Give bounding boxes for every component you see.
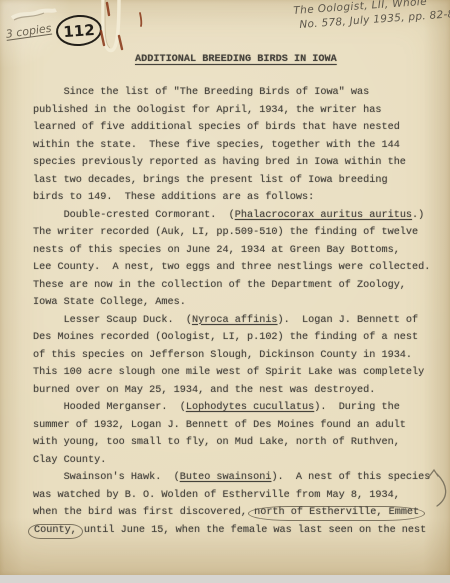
typed-line: birds to 149. These additions are as fol… xyxy=(33,189,443,207)
typed-text: Lee County. A nest, two eggs and three n… xyxy=(33,262,430,273)
pen-circled-text: north of Estherville, Emmet xyxy=(248,506,425,521)
typed-line: last two decades, brings the present lis… xyxy=(33,172,443,190)
typed-line: when the bird was first discovered, nort… xyxy=(33,504,443,522)
typed-text: ). A nest of this species xyxy=(271,472,430,483)
typed-line: Des Moines recorded (Oologist, LI, p.102… xyxy=(33,329,443,347)
typed-line: learned of five additional species of bi… xyxy=(33,119,443,137)
typed-line: Clay County. xyxy=(33,452,443,470)
typed-text: summer of 1932, Logan J. Bennett of Des … xyxy=(33,420,406,431)
typed-line: of this species on Jefferson Slough, Dic… xyxy=(33,347,443,365)
pen-circled-text: County, xyxy=(28,524,83,539)
typed-line: Double-crested Cormorant. (Phalacrocorax… xyxy=(33,207,443,225)
typed-text: nests of this species on June 24, 1934 a… xyxy=(33,245,400,256)
typed-line: was watched by B. O. Wolden of Esthervil… xyxy=(33,487,443,505)
typed-text: Hooded Merganser. ( xyxy=(33,402,186,413)
scientific-name: Phalacrocorax auritus auritus xyxy=(235,210,412,221)
typed-line: The writer recorded (Auk, LI, pp.509-510… xyxy=(33,224,443,242)
typed-text: Double-crested Cormorant. ( xyxy=(33,210,235,221)
typed-text: of this species on Jefferson Slough, Dic… xyxy=(33,350,412,361)
typed-text: Lesser Scaup Duck. ( xyxy=(33,315,192,326)
scratch-mark xyxy=(12,10,56,20)
typed-line: Iowa State College, Ames. xyxy=(33,294,443,312)
typed-line: These are now in the collection of the D… xyxy=(33,277,443,295)
page-bottom-edge xyxy=(0,575,450,583)
typed-line: nests of this species on June 24, 1934 a… xyxy=(33,242,443,260)
typed-body: Since the list of "The Breeding Birds of… xyxy=(33,84,443,539)
document-title: ADDITIONAL BREEDING BIRDS IN IOWA xyxy=(135,54,337,65)
scientific-name: Buteo swainsoni xyxy=(180,472,272,483)
typed-text: Iowa State College, Ames. xyxy=(33,297,186,308)
circled-page-number: 112 xyxy=(55,13,103,47)
typed-text: Clay County. xyxy=(33,455,106,466)
paperclip-crease-mark xyxy=(103,0,119,51)
typed-text: These are now in the collection of the D… xyxy=(33,280,406,291)
typed-line: Hooded Merganser. (Lophodytes cucullatus… xyxy=(33,399,443,417)
typed-text: until June 15, when the female was last … xyxy=(78,525,426,536)
typed-text: ). During the xyxy=(314,402,400,413)
typed-text: last two decades, brings the present lis… xyxy=(33,175,388,186)
manuscript-page: 3 copies 112 The Oologist, LII, Whole No… xyxy=(0,0,450,575)
typed-line: This 100 acre slough one mile west of Sp… xyxy=(33,364,443,382)
typed-text: This 100 acre slough one mile west of Sp… xyxy=(33,367,424,378)
typed-line: County, until June 15, when the female w… xyxy=(33,522,443,540)
typed-line: summer of 1932, Logan J. Bennett of Des … xyxy=(33,417,443,435)
scientific-name: Lophodytes cucullatus xyxy=(186,402,314,413)
typed-line: Swainson's Hawk. (Buteo swainsoni). A ne… xyxy=(33,469,443,487)
typed-text: .) xyxy=(412,210,424,221)
typed-line: Since the list of "The Breeding Birds of… xyxy=(33,84,443,102)
typed-text: within the state. These five species, to… xyxy=(33,140,400,151)
typed-text: Swainson's Hawk. ( xyxy=(33,472,180,483)
typed-line: species previously reported as having br… xyxy=(33,154,443,172)
typed-line: with young, too small to fly, on Mud Lak… xyxy=(33,434,443,452)
typed-text: was watched by B. O. Wolden of Esthervil… xyxy=(33,490,400,501)
typed-text: Since the list of "The Breeding Birds of… xyxy=(33,87,369,98)
typed-text: learned of five additional species of bi… xyxy=(33,122,400,133)
typed-text: birds to 149. These additions are as fol… xyxy=(33,192,314,203)
typed-text: ). Logan J. Bennett of xyxy=(278,315,419,326)
typed-text: when the bird was first discovered, xyxy=(33,507,253,518)
typed-line: within the state. These five species, to… xyxy=(33,137,443,155)
typed-line: published in the Oologist for April, 193… xyxy=(33,102,443,120)
page-number-text: 112 xyxy=(63,20,95,40)
typed-text: with young, too small to fly, on Mud Lak… xyxy=(33,437,400,448)
typed-line: Lee County. A nest, two eggs and three n… xyxy=(33,259,443,277)
typed-text: The writer recorded (Auk, LI, pp.509-510… xyxy=(33,227,418,238)
typed-line: burned over on May 25, 1934, and the nes… xyxy=(33,382,443,400)
typed-line: Lesser Scaup Duck. (Nyroca affinis). Log… xyxy=(33,312,443,330)
scientific-name: Nyroca affinis xyxy=(192,315,278,326)
typed-text: published in the Oologist for April, 193… xyxy=(33,105,381,116)
typed-text: burned over on May 25, 1934, and the nes… xyxy=(33,385,375,396)
typed-text: species previously reported as having br… xyxy=(33,157,406,168)
typed-text: Des Moines recorded (Oologist, LI, p.102… xyxy=(33,332,418,343)
copies-note-handwriting: 3 copies xyxy=(5,22,52,41)
rust-stain-marks xyxy=(101,3,141,49)
